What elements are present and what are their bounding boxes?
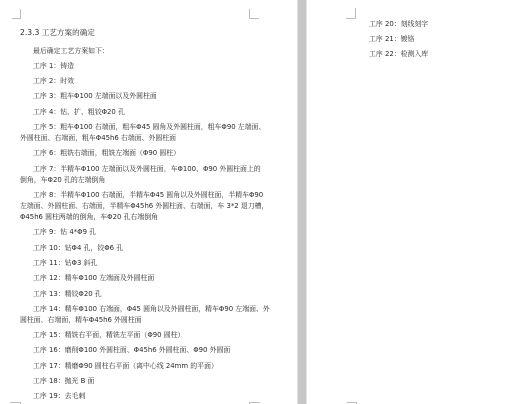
step-text: 磨削Φ100 外圆柱面、Φ45h6 外圆柱面、Φ90 外圆面 bbox=[65, 346, 231, 354]
crop-mark-top-left bbox=[346, 8, 356, 19]
step-text: 精铣右平面，精铣左平面（Φ90 圆柱） bbox=[65, 331, 185, 339]
step-text: 钻 4*Φ9 孔 bbox=[60, 228, 96, 236]
process-step-12: 工序 12：精车Φ100 左端面及外圆柱面 bbox=[20, 273, 249, 284]
step-number: 工序 6： bbox=[33, 149, 60, 157]
step-line: 工序 20：刻线刻字 bbox=[369, 19, 509, 30]
step-text: 粗铣右端面，粗铣左端面（Φ90 圆柱） bbox=[60, 149, 180, 157]
process-step-7: 工序 7：半精车Φ100 左端面以及外圆柱面，车Φ100、Φ90 外圆柱面上的 … bbox=[20, 164, 249, 186]
step-text: 钻Φ4 孔，铰Φ6 孔 bbox=[65, 244, 123, 252]
process-step-22: 工序 22：检测入库 bbox=[369, 49, 509, 60]
section-heading: 2.3.3 工艺方案的确定 bbox=[20, 27, 95, 38]
step-line: 工序 10：钻Φ4 孔，铰Φ6 孔 bbox=[20, 243, 249, 254]
step-number: 工序 5： bbox=[33, 123, 60, 131]
step-text: 粗车Φ100 右端面，粗车Φ45 圆角及外圆柱面，粗车Φ90 左端面、 bbox=[60, 123, 265, 131]
crop-mark-top-right bbox=[249, 9, 259, 19]
step-number: 工序 10： bbox=[33, 244, 65, 252]
process-step-4: 工序 4：钻、扩、粗铰Φ20 孔 bbox=[20, 107, 249, 118]
step-line-continued: Φ45h6 圆柱两端的倒角，车Φ20 孔右端倒角 bbox=[20, 212, 249, 223]
step-line: 工序 17：精磨Φ90 圆柱右平面（离中心线 24mm 的平面） bbox=[20, 361, 249, 372]
step-number: 工序 18： bbox=[33, 377, 65, 385]
step-text: 钻、扩、粗铰Φ20 孔 bbox=[60, 108, 125, 116]
step-number: 工序 9： bbox=[33, 228, 60, 236]
process-step-21: 工序 21：镀铬 bbox=[369, 34, 509, 45]
step-number: 工序 15： bbox=[33, 331, 65, 339]
step-line: 工序 16：磨削Φ100 外圆柱面、Φ45h6 外圆柱面、Φ90 外圆面 bbox=[20, 345, 249, 356]
step-number: 工序 19： bbox=[33, 392, 65, 400]
process-step-20: 工序 20：刻线刻字 bbox=[369, 19, 509, 30]
step-line: 工序 15：精铣右平面，精铣左平面（Φ90 圆柱） bbox=[20, 330, 249, 341]
step-line: 工序 13：精铰Φ20 孔 bbox=[20, 289, 249, 300]
step-text: 铸造 bbox=[60, 62, 74, 70]
process-step-1: 工序 1：铸造 bbox=[20, 61, 249, 72]
crop-mark-top-left bbox=[12, 9, 21, 19]
page-gap bbox=[298, 0, 306, 404]
step-number: 工序 17： bbox=[33, 362, 65, 370]
step-line: 工序 18：抛光 B 面 bbox=[20, 376, 249, 387]
step-line: 工序 9：钻 4*Φ9 孔 bbox=[20, 227, 249, 238]
step-line-continued: 圆柱面、右端面，精车Φ45h6 外圆柱面 bbox=[20, 315, 249, 326]
step-line: 工序 21：镀铬 bbox=[369, 34, 509, 45]
step-text: 检测入库 bbox=[401, 50, 429, 58]
process-step-8: 工序 8：半精车Φ100 右端面，半精车Φ45 圆角以及外圆柱面，半精车Φ90 … bbox=[20, 190, 249, 223]
document-page-left: 2.3.3 工艺方案的确定 最后确定工艺方案如下： 工序 1：铸造 工序 2：时… bbox=[0, 0, 297, 404]
step-line: 工序 22：检测入库 bbox=[369, 49, 509, 60]
step-number: 工序 1： bbox=[33, 62, 60, 70]
process-step-15: 工序 15：精铣右平面，精铣左平面（Φ90 圆柱） bbox=[20, 330, 249, 341]
step-number: 工序 4： bbox=[33, 108, 60, 116]
step-text: 刻线刻字 bbox=[401, 20, 429, 28]
step-text: 粗车Φ100 左端面以及外圆柱面 bbox=[60, 92, 157, 100]
process-plan-body-continued: 工序 20：刻线刻字 工序 21：镀铬 工序 22：检测入库 bbox=[369, 19, 509, 65]
step-line-continued: 左端面、外圆柱面、右端面，半精车Φ45h6 外圆柱面、右端面，车 3*2 退刀槽… bbox=[20, 201, 249, 212]
step-number: 工序 13： bbox=[33, 290, 65, 298]
process-step-9: 工序 9：钻 4*Φ9 孔 bbox=[20, 227, 249, 238]
step-line-continued: 倒角，车Φ20 孔的左端倒角 bbox=[20, 175, 249, 186]
step-text: 精铰Φ20 孔 bbox=[65, 290, 102, 298]
step-number: 工序 7： bbox=[33, 165, 60, 173]
intro-paragraph: 最后确定工艺方案如下： bbox=[20, 46, 249, 57]
step-number: 工序 11： bbox=[33, 259, 65, 267]
step-text: 精车Φ100 左端面及外圆柱面 bbox=[65, 274, 155, 282]
step-line: 工序 19：去毛刺 bbox=[20, 391, 249, 402]
process-step-5: 工序 5：粗车Φ100 右端面，粗车Φ45 圆角及外圆柱面，粗车Φ90 左端面、… bbox=[20, 122, 249, 144]
step-line: 工序 4：钻、扩、粗铰Φ20 孔 bbox=[20, 107, 249, 118]
process-step-13: 工序 13：精铰Φ20 孔 bbox=[20, 289, 249, 300]
step-line: 工序 2：时效 bbox=[20, 76, 249, 87]
step-text: 半精车Φ100 右端面，半精车Φ45 圆角以及外圆柱面，半精车Φ90 bbox=[60, 191, 263, 199]
step-text: 半精车Φ100 左端面以及外圆柱面，车Φ100、Φ90 外圆柱面上的 bbox=[60, 165, 260, 173]
step-text: 精磨Φ90 圆柱右平面（离中心线 24mm 的平面） bbox=[65, 362, 218, 370]
step-line: 工序 5：粗车Φ100 右端面，粗车Φ45 圆角及外圆柱面，粗车Φ90 左端面、 bbox=[20, 122, 249, 133]
step-number: 工序 14： bbox=[33, 305, 65, 313]
process-step-19: 工序 19：去毛刺 bbox=[20, 391, 249, 402]
step-line-continued: 外圆柱面、右端面，粗车Φ45h6 右端面、外圆柱面 bbox=[20, 133, 249, 144]
process-step-18: 工序 18：抛光 B 面 bbox=[20, 376, 249, 387]
process-step-11: 工序 11：钻Φ3 斜孔 bbox=[20, 258, 249, 269]
step-text: 钻Φ3 斜孔 bbox=[65, 259, 98, 267]
step-number: 工序 16： bbox=[33, 346, 65, 354]
step-number: 工序 3： bbox=[33, 92, 60, 100]
process-step-6: 工序 6：粗铣右端面，粗铣左端面（Φ90 圆柱） bbox=[20, 148, 249, 159]
document-page-right: 工序 20：刻线刻字 工序 21：镀铬 工序 22：检测入库 bbox=[307, 0, 520, 404]
step-number: 工序 21： bbox=[369, 35, 401, 43]
process-step-2: 工序 2：时效 bbox=[20, 76, 249, 87]
process-step-3: 工序 3：粗车Φ100 左端面以及外圆柱面 bbox=[20, 91, 249, 102]
step-line: 工序 1：铸造 bbox=[20, 61, 249, 72]
step-line: 工序 12：精车Φ100 左端面及外圆柱面 bbox=[20, 273, 249, 284]
process-plan-body: 最后确定工艺方案如下： 工序 1：铸造 工序 2：时效 工序 3：粗车Φ100 … bbox=[20, 46, 249, 404]
step-line: 工序 8：半精车Φ100 右端面，半精车Φ45 圆角以及外圆柱面，半精车Φ90 bbox=[20, 190, 249, 201]
step-line: 工序 14：精车Φ100 右端面，Φ45 圆角以及外圆柱面，精车Φ90 左端面、… bbox=[20, 304, 249, 315]
step-line: 工序 6：粗铣右端面，粗铣左端面（Φ90 圆柱） bbox=[20, 148, 249, 159]
step-line: 工序 3：粗车Φ100 左端面以及外圆柱面 bbox=[20, 91, 249, 102]
step-number: 工序 20： bbox=[369, 20, 401, 28]
step-text: 去毛刺 bbox=[65, 392, 86, 400]
process-step-17: 工序 17：精磨Φ90 圆柱右平面（离中心线 24mm 的平面） bbox=[20, 361, 249, 372]
step-number: 工序 8： bbox=[33, 191, 60, 199]
step-text: 精车Φ100 右端面，Φ45 圆角以及外圆柱面，精车Φ90 左端面、外 bbox=[65, 305, 270, 313]
process-step-16: 工序 16：磨削Φ100 外圆柱面、Φ45h6 外圆柱面、Φ90 外圆面 bbox=[20, 345, 249, 356]
process-step-14: 工序 14：精车Φ100 右端面，Φ45 圆角以及外圆柱面，精车Φ90 左端面、… bbox=[20, 304, 249, 326]
step-line: 工序 11：钻Φ3 斜孔 bbox=[20, 258, 249, 269]
process-step-10: 工序 10：钻Φ4 孔，铰Φ6 孔 bbox=[20, 243, 249, 254]
step-text: 时效 bbox=[60, 77, 74, 85]
step-text: 镀铬 bbox=[401, 35, 415, 43]
step-number: 工序 12： bbox=[33, 274, 65, 282]
step-text: 抛光 B 面 bbox=[65, 377, 95, 385]
step-number: 工序 2： bbox=[33, 77, 60, 85]
step-line: 工序 7：半精车Φ100 左端面以及外圆柱面，车Φ100、Φ90 外圆柱面上的 bbox=[20, 164, 249, 175]
intro-text: 最后确定工艺方案如下： bbox=[20, 46, 249, 57]
step-number: 工序 22： bbox=[369, 50, 401, 58]
